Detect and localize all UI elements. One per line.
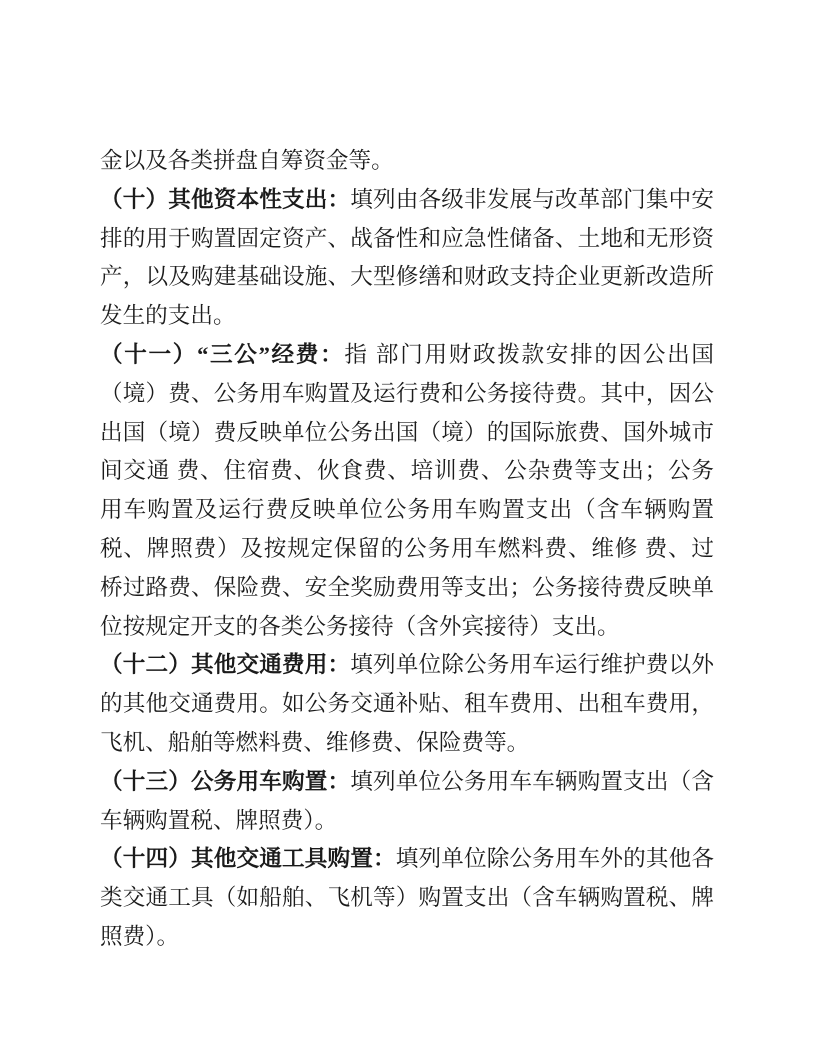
- paragraph-body: 金以及各类拼盘自筹资金等。: [100, 148, 394, 173]
- paragraph-continuation: 金以及各类拼盘自筹资金等。: [100, 142, 714, 181]
- paragraph-item-11: （十一）“三公”经费：指 部门用财政拨款安排的因公出国（境）费、公务用车购置及运…: [100, 336, 714, 646]
- paragraph-item-10: （十）其他资本性支出：填列由各级非发展与改革部门集中安排的用于购置固定资产、战备…: [100, 181, 714, 336]
- paragraph-item-12: （十二）其他交通费用：填列单位除公务用车运行维护费以外的其他交通费用。如公务交通…: [100, 646, 714, 762]
- document-page: 金以及各类拼盘自筹资金等。 （十）其他资本性支出：填列由各级非发展与改革部门集中…: [0, 0, 815, 1055]
- paragraph-body: 指 部门用财政拨款安排的因公出国（境）费、公务用车购置及运行费和公务接待费。其中…: [100, 342, 714, 639]
- paragraph-heading: （十四）其他交通工具购置：: [100, 846, 396, 871]
- paragraph-heading: （十一）“三公”经费：: [100, 342, 344, 367]
- document-text-block: 金以及各类拼盘自筹资金等。 （十）其他资本性支出：填列由各级非发展与改革部门集中…: [100, 142, 714, 957]
- paragraph-item-13: （十三）公务用车购置：填列单位公务用车车辆购置支出（含车辆购置税、牌照费）。: [100, 763, 714, 841]
- paragraph-heading: （十三）公务用车购置：: [100, 769, 350, 794]
- paragraph-heading: （十）其他资本性支出：: [100, 187, 350, 212]
- paragraph-heading: （十二）其他交通费用：: [100, 652, 350, 677]
- paragraph-item-14: （十四）其他交通工具购置：填列单位除公务用车外的其他各类交通工具（如船舶、飞机等…: [100, 840, 714, 956]
